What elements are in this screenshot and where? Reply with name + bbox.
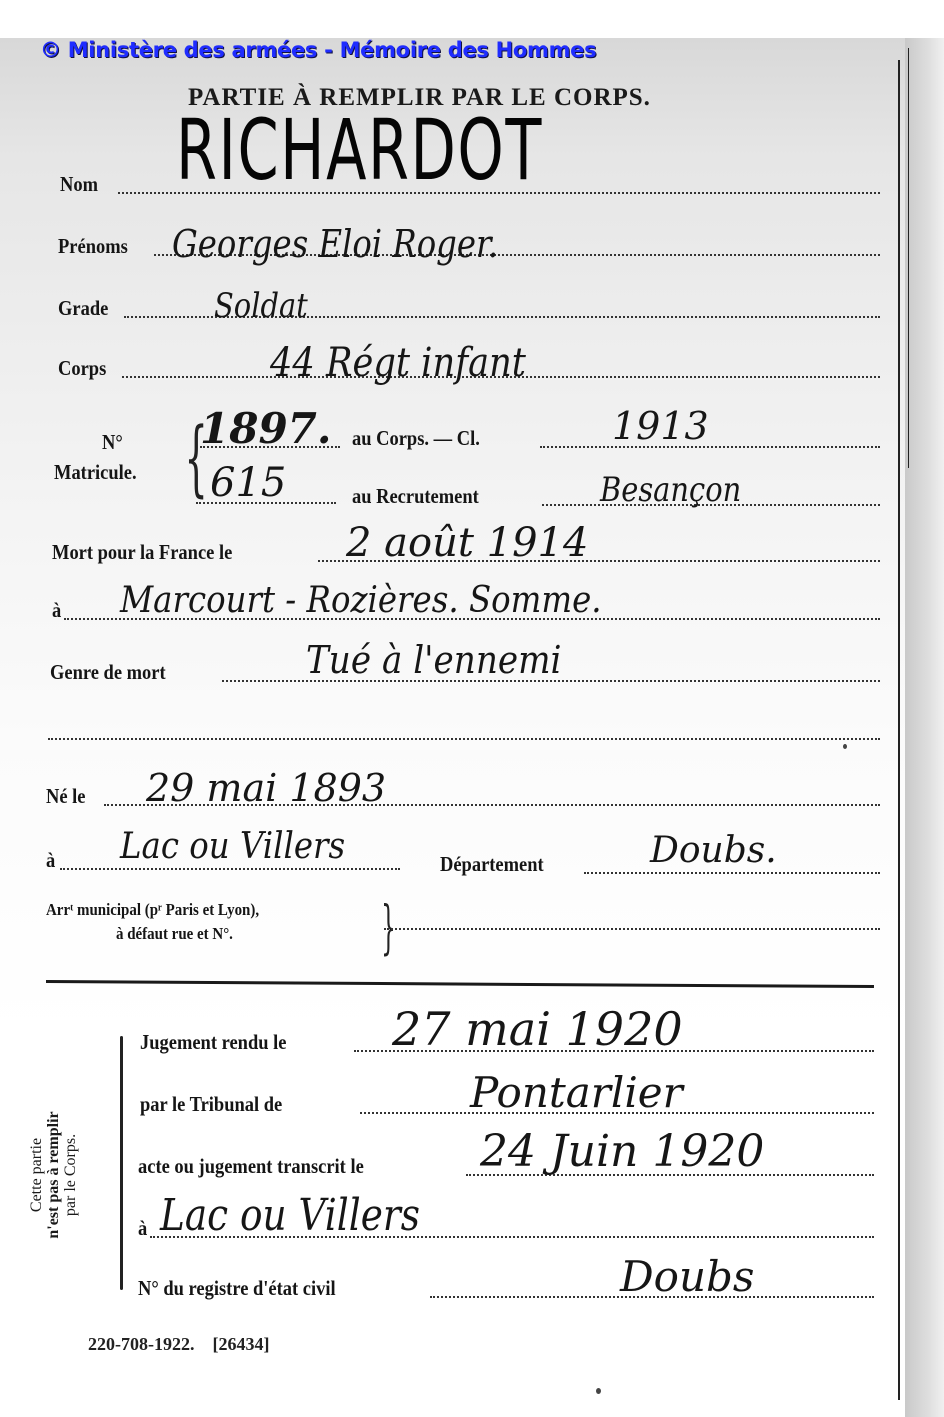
transcrit-value: 24 Juin 1920 [480, 1126, 764, 1177]
nom-stamp-value: RICHARDOT [176, 108, 543, 192]
arrondissement-label-line1: Arrᵗ municipal (pʳ Paris et Lyon), [46, 900, 259, 920]
lieu-transcription-label: à [138, 1216, 147, 1241]
matricule-recrutement-number: 615 [210, 460, 286, 506]
departement-line [584, 872, 880, 874]
side-note-line1: Cette partie [28, 1050, 45, 1300]
departement-label: Département [440, 852, 544, 877]
tribunal-label: par le Tribunal de [140, 1092, 282, 1117]
tribunal-bracket [120, 1036, 123, 1290]
lieu-mort-value: Marcourt - Rozières. Somme. [120, 580, 602, 621]
margin-line [898, 60, 900, 1400]
mort-pour-la-france-label: Mort pour la France le [52, 540, 232, 565]
corps-value: 44 Régt infant [270, 340, 526, 386]
print-footer: 220-708-1922.[26434] [88, 1334, 270, 1355]
registre-label: N° du registre d'état civil [138, 1276, 336, 1301]
print-code: 220-708-1922. [88, 1334, 195, 1354]
recrutement-value: Besançon [600, 470, 741, 510]
grade-label: Grade [58, 296, 108, 321]
ne-le-label: Né le [46, 784, 86, 809]
registre-value: Doubs [620, 1252, 754, 1301]
nom-label: Nom [60, 172, 98, 197]
classe-line [540, 446, 880, 448]
transcrit-label: acte ou jugement transcrit le [138, 1154, 364, 1179]
nom-line [118, 192, 880, 194]
prenoms-value: Georges Eloi Roger. [172, 222, 498, 266]
lieu-transcription-value: Lac ou Villers [160, 1190, 420, 1241]
lieu-naissance-value: Lac ou Villers [120, 826, 345, 867]
grade-value: Soldat [214, 286, 308, 326]
margin-line-outer [908, 48, 909, 468]
ink-speck [843, 744, 847, 749]
arrondissement-brace: } [381, 898, 396, 956]
copyright-watermark: © Ministère des armées - Mémoire des Hom… [40, 38, 596, 62]
side-note-line2: n'est pas à remplir [45, 1050, 62, 1300]
au-corps-classe-label: au Corps. — Cl. [352, 426, 480, 451]
scan-edge-shadow [905, 38, 944, 1417]
matricule-label-no: N° [102, 430, 123, 455]
departement-value: Doubs. [650, 830, 777, 871]
ne-le-value: 29 mai 1893 [146, 766, 386, 810]
lieu-naissance-line [60, 868, 400, 870]
ink-speck [596, 1388, 601, 1394]
jugement-rendu-label: Jugement rendu le [140, 1030, 286, 1055]
lieu-naissance-label: à [46, 848, 55, 873]
genre-de-mort-value: Tué à l'ennemi [306, 638, 561, 682]
blank-line [48, 738, 880, 740]
arrondissement-label-line2: à défaut rue et N°. [116, 924, 233, 944]
matricule-label: Matricule. [54, 460, 137, 485]
corps-label: Corps [58, 356, 106, 381]
side-note-line3: par le Corps. [62, 1050, 79, 1300]
genre-de-mort-label: Genre de mort [50, 660, 166, 685]
mort-date-value: 2 août 1914 [346, 520, 588, 566]
au-recrutement-label: au Recrutement [352, 484, 479, 509]
print-reference: [26434] [213, 1334, 270, 1354]
matricule-corps-number: 1897. [200, 404, 332, 453]
lieu-mort-label: à [52, 598, 61, 623]
tribunal-value: Pontarlier [470, 1068, 683, 1117]
classe-value: 1913 [612, 404, 709, 448]
side-note: Cette partie n'est pas à remplir par le … [28, 1050, 79, 1300]
jugement-rendu-value: 27 mai 1920 [392, 1002, 683, 1056]
prenoms-label: Prénoms [58, 234, 128, 259]
arrondissement-line [384, 928, 880, 930]
